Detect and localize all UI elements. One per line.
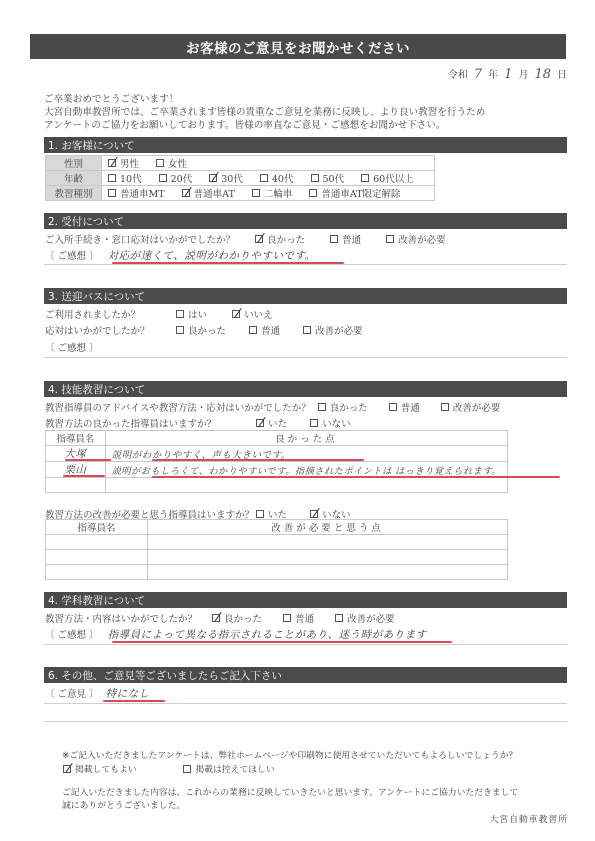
option-at[interactable]: 普通車AT: [182, 186, 235, 200]
improvement-comment[interactable]: [148, 535, 508, 550]
gender-row: 性別 男性 女性: [46, 156, 435, 171]
option-50s[interactable]: 50代: [311, 171, 345, 185]
highlight-underline: [152, 476, 560, 478]
bus-service-question: 応対はいかがでしたか？: [45, 323, 173, 337]
section2-header: 2. 受付について: [44, 213, 567, 229]
checkbox-icon[interactable]: [108, 159, 116, 167]
instructor-name[interactable]: [46, 535, 148, 550]
age-label: 年齢: [46, 171, 102, 186]
checkbox-icon[interactable]: [159, 174, 167, 182]
option-present[interactable]: いた: [256, 416, 287, 430]
option-needs-improvement[interactable]: 改善が必要: [441, 400, 501, 414]
bus-used-row: ご利用されましたか？ はい いいえ: [45, 307, 287, 321]
reception-comment-row: 〔 ご感想 〕 対応が速くて、説明がわかりやすいです。: [45, 248, 316, 263]
option-male[interactable]: 男性: [108, 156, 139, 170]
date-year[interactable]: 7: [474, 67, 482, 82]
option-normal[interactable]: 普通: [330, 232, 361, 246]
course-type-label: 教習種別: [46, 186, 102, 201]
divider: [44, 703, 567, 704]
comment-label: 〔 ご感想 〕: [45, 343, 99, 354]
form-title: お客様のご意見をお聞かせください: [30, 34, 566, 59]
checkbox-icon[interactable]: [256, 419, 264, 427]
instructor-name[interactable]: [46, 478, 106, 493]
highlight-underline: [63, 475, 105, 477]
course-type-row: 教習種別 普通車MT 普通車AT 二輪車 普通車AT限定解除: [46, 186, 435, 201]
classroom-question-row: 教習方法・内容はいかがでしたか？ 良かった 普通 改善が必要: [45, 611, 409, 625]
table-row: [46, 535, 508, 550]
checkbox-icon[interactable]: [255, 235, 263, 243]
good-point-comment[interactable]: [105, 478, 507, 493]
divider: [44, 264, 567, 265]
thanks-line-1: ご記入いただきました内容は、これからの業務に反映していきたいと思います。アンケー…: [62, 785, 518, 798]
signature: 大宮自動車教習所: [490, 812, 568, 825]
section4-header: 4. 技能教習について: [44, 381, 567, 397]
highlight-underline: [152, 459, 364, 461]
option-60s-plus[interactable]: 60代以上: [361, 171, 414, 185]
checkbox-icon[interactable]: [260, 174, 268, 182]
other-comment[interactable]: 特になし: [106, 688, 150, 700]
checkbox-icon[interactable]: [182, 189, 190, 197]
reception-question-row: ご入所手続き・窓口応対はいかがでしたか？ 良かった 普通 改善が必要: [45, 232, 460, 246]
option-20s[interactable]: 20代: [159, 171, 193, 185]
option-40s[interactable]: 40代: [260, 171, 294, 185]
checkbox-icon[interactable]: [212, 614, 220, 622]
option-normal[interactable]: 普通: [389, 400, 420, 414]
checkbox-icon[interactable]: [108, 174, 116, 182]
gender-label: 性別: [46, 156, 102, 171]
table-header-row: 指導員名 良かった点: [46, 431, 508, 446]
practical-rating-row: 教習指導員のアドバイスや教習方法・応対はいかがでしたか？ 良かった 普通 改善が…: [45, 400, 514, 414]
good-instructor-row: 教習方法の良かった指導員はいますか？ いた いない: [45, 416, 365, 430]
improvement-comment[interactable]: [148, 565, 508, 580]
good-points-header: 良かった点: [105, 431, 507, 446]
checkbox-icon[interactable]: [303, 326, 311, 334]
option-30s[interactable]: 30代: [209, 171, 243, 185]
section5-header: 4. 学科教習について: [44, 592, 567, 608]
age-row: 年齢 10代 20代 30代 40代 50代 60代以上: [46, 171, 435, 186]
option-needs-improvement[interactable]: 改善が必要: [335, 611, 395, 625]
option-at-limit-release[interactable]: 普通車AT限定解除: [309, 186, 400, 200]
highlight-underline: [112, 641, 452, 643]
practical-question: 教習指導員のアドバイスや教習方法・応対はいかがでしたか？: [45, 403, 311, 414]
checkbox-icon[interactable]: [318, 403, 326, 411]
instructor-name[interactable]: [46, 550, 148, 565]
option-10s[interactable]: 10代: [108, 171, 142, 185]
table-header-row: 指導員名 改善が必要と思う点: [46, 520, 508, 535]
option-motorcycle[interactable]: 二輪車: [252, 186, 293, 200]
date-month-unit: 月: [518, 66, 528, 81]
checkbox-icon[interactable]: [310, 510, 318, 518]
checkbox-icon[interactable]: [389, 403, 397, 411]
option-good[interactable]: 良かった: [255, 232, 305, 246]
option-needs-improvement[interactable]: 改善が必要: [303, 323, 363, 337]
checkbox-icon[interactable]: [256, 510, 264, 518]
checkbox-icon[interactable]: [361, 174, 369, 182]
table-row: [46, 565, 508, 580]
checkbox-icon[interactable]: [232, 310, 240, 318]
checkbox-icon[interactable]: [176, 310, 184, 318]
section1-header: 1. お客様について: [44, 137, 567, 153]
instructor-name-header: 指導員名: [46, 520, 148, 535]
customer-info-table: 性別 男性 女性 年齢 10代 20代 30代 40代 50代 60代以上 教習…: [45, 155, 435, 201]
consent-options: 掲載してもよい 掲載は控えてほしい: [63, 762, 289, 776]
date-year-unit: 年: [488, 66, 498, 81]
reception-question: ご入所手続き・窓口応対はいかがでしたか？: [45, 235, 235, 246]
option-mt[interactable]: 普通車MT: [108, 186, 165, 200]
classroom-comment-row: 〔 ご感想 〕 指導員によって異なる指示されることがあり、迷う時があります: [45, 627, 427, 642]
intro-line-1: ご卒業おめでとうございます！: [44, 93, 485, 106]
option-allow-publish[interactable]: 掲載してもよい: [63, 762, 137, 775]
checkbox-icon[interactable]: [176, 326, 184, 334]
checkbox-icon[interactable]: [309, 189, 317, 197]
checkbox-icon[interactable]: [311, 174, 319, 182]
comment-label: 〔 ご感想 〕: [45, 251, 99, 262]
date-line: 令和 7 年 1 月 18 日: [448, 66, 567, 82]
option-no[interactable]: いいえ: [232, 307, 273, 321]
instructor-name[interactable]: [46, 565, 148, 580]
reception-comment[interactable]: 対応が速くて、説明がわかりやすいです。: [108, 250, 316, 262]
date-day[interactable]: 18: [534, 67, 551, 82]
option-good[interactable]: 良かった: [176, 323, 226, 337]
date-era: 令和: [448, 66, 468, 81]
classroom-comment[interactable]: 指導員によって異なる指示されることがあり、迷う時があります: [108, 629, 427, 641]
checkbox-icon[interactable]: [335, 614, 343, 622]
option-female[interactable]: 女性: [156, 156, 187, 170]
bus-used-question: ご利用されましたか？: [45, 307, 173, 321]
improvement-points-header: 改善が必要と思う点: [148, 520, 508, 535]
bus-comment-row: 〔 ご感想 〕: [45, 340, 99, 354]
checkbox-icon[interactable]: [330, 235, 338, 243]
option-absent[interactable]: いない: [310, 416, 351, 430]
intro-line-2: 大宮自動車教習所では、ご卒業されます皆様の貴重なご意見を業務に反映し、より良い教…: [44, 106, 485, 119]
good-instructor-table: 指導員名 良かった点 大塚 説明がわかりやすく、声も大きいです。 栗山 説明がお…: [45, 430, 508, 493]
section6-header: 6. その他、ご意見等ございましたらご記入下さい: [44, 667, 567, 683]
bad-instructor-table: 指導員名 改善が必要と思う点: [45, 519, 508, 580]
bus-service-row: 応対はいかがでしたか？ 良かった 普通 改善が必要: [45, 323, 377, 337]
comment-label: 〔 ご感想 〕: [45, 630, 99, 641]
comment-label: 〔 ご意見 〕: [45, 689, 99, 700]
highlight-underline: [65, 459, 111, 461]
option-yes[interactable]: はい: [176, 307, 207, 321]
option-good[interactable]: 良かった: [318, 400, 368, 414]
checkbox-icon[interactable]: [283, 614, 291, 622]
instructor-name-header: 指導員名: [46, 431, 106, 446]
consent-question: ※ご記入いただきましたアンケートは、弊社ホームページや印刷物に使用させていただい…: [62, 748, 517, 761]
option-decline-publish[interactable]: 掲載は控えてほしい: [183, 762, 274, 775]
checkbox-icon[interactable]: [63, 765, 71, 773]
option-normal[interactable]: 普通: [283, 611, 314, 625]
divider: [44, 644, 567, 645]
checkbox-icon[interactable]: [183, 765, 191, 773]
checkbox-icon[interactable]: [310, 419, 318, 427]
date-day-unit: 日: [557, 66, 567, 81]
other-comment-row: 〔 ご意見 〕 特になし: [45, 686, 150, 701]
highlight-underline: [103, 700, 165, 702]
date-month[interactable]: 1: [504, 67, 512, 82]
age-options: 10代 20代 30代 40代 50代 60代以上: [102, 171, 435, 186]
checkbox-icon[interactable]: [249, 326, 257, 334]
divider: [44, 357, 567, 358]
section3-header: 3. 送迎バスについて: [44, 288, 567, 304]
thanks-line-2: 誠にありがとうございました。: [62, 798, 185, 811]
checkbox-icon[interactable]: [252, 189, 260, 197]
table-row: [46, 478, 508, 493]
checkbox-icon[interactable]: [386, 235, 394, 243]
improvement-comment[interactable]: [148, 550, 508, 565]
checkbox-icon[interactable]: [108, 189, 116, 197]
classroom-question: 教習方法・内容はいかがでしたか？: [45, 611, 209, 625]
checkbox-icon[interactable]: [441, 403, 449, 411]
course-type-options: 普通車MT 普通車AT 二輪車 普通車AT限定解除: [102, 186, 435, 201]
checkbox-icon[interactable]: [209, 174, 217, 182]
table-row: [46, 550, 508, 565]
intro-text: ご卒業おめでとうございます！ 大宮自動車教習所では、ご卒業されます皆様の貴重なご…: [44, 93, 485, 132]
option-normal[interactable]: 普通: [249, 323, 280, 337]
option-needs-improvement[interactable]: 改善が必要: [386, 232, 446, 246]
good-instructor-question: 教習方法の良かった指導員はいますか？: [45, 416, 253, 430]
intro-line-3: アンケートのご協力をお願いしております。皆様の率直なご意見・ご感想をお聞かせ下さ…: [44, 119, 485, 132]
option-good[interactable]: 良かった: [212, 611, 262, 625]
divider: [44, 721, 567, 722]
gender-options: 男性 女性: [102, 156, 435, 171]
survey-form: お客様のご意見をお聞かせください 令和 7 年 1 月 18 日 ご卒業おめでと…: [0, 0, 595, 841]
checkbox-icon[interactable]: [156, 159, 164, 167]
